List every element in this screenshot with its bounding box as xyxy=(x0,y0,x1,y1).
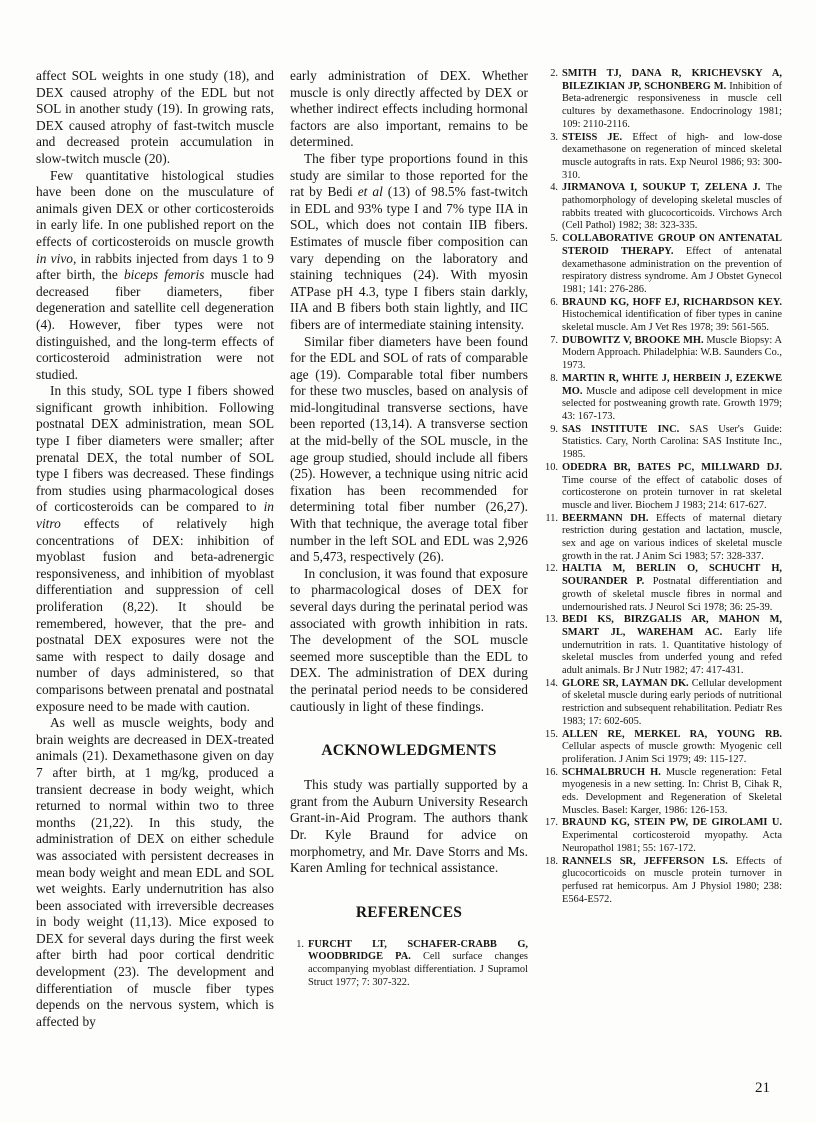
reference-text: Experimental corticosteroid myopathy. Ac… xyxy=(562,830,782,854)
reference-item: 2.SMITH TJ, DANA R, KRICHEVSKY A, BILEZI… xyxy=(544,68,782,132)
reference-number: 17. xyxy=(544,817,558,830)
reference-number: 8. xyxy=(544,373,558,386)
reference-number: 1. xyxy=(290,939,304,952)
paragraph: As well as muscle weights, body and brai… xyxy=(36,715,274,1030)
reference-item: 5.COLLABORATIVE GROUP ON ANTENATAL STERO… xyxy=(544,233,782,297)
text-run: Similar fiber diameters have been found … xyxy=(290,334,528,565)
italic-text-run: et al xyxy=(358,184,383,199)
reference-item: 11.BEERMANN DH. Effects of maternal diet… xyxy=(544,513,782,564)
body-text-left: affect SOL weights in one study (18), an… xyxy=(36,68,274,1030)
reference-number: 5. xyxy=(544,233,558,246)
reference-item: 8.MARTIN R, WHITE J, HERBEIN J, EZEKWE M… xyxy=(544,373,782,424)
reference-authors: RANNELS SR, JEFFERSON LS. xyxy=(562,856,736,867)
reference-number: 7. xyxy=(544,335,558,348)
reference-authors: ALLEN RE, MERKEL RA, YOUNG RB. xyxy=(562,729,782,740)
text-run: As well as muscle weights, body and brai… xyxy=(36,715,274,1029)
reference-item: 3.STEISS JE. Effect of high- and low-dos… xyxy=(544,132,782,183)
reference-item: 14.GLORE SR, LAYMAN DK. Cellular develop… xyxy=(544,678,782,729)
reference-number: 18. xyxy=(544,856,558,869)
text-run: muscle had decreased fiber diameters, fi… xyxy=(36,267,274,382)
reference-number: 16. xyxy=(544,767,558,780)
reference-item: 10.ODEDRA BR, BATES PC, MILLWARD DJ. Tim… xyxy=(544,462,782,513)
reference-item: 17.BRAUND KG, STEIN PW, DE GIROLAMI U. E… xyxy=(544,817,782,855)
reference-authors: BRAUND KG, STEIN PW, DE GIROLAMI U. xyxy=(562,817,782,828)
text-run: In conclusion, it was found that exposur… xyxy=(290,566,528,714)
reference-item: 7.DUBOWITZ V, BROOKE MH. Muscle Biopsy: … xyxy=(544,335,782,373)
reference-item: 12.HALTIA M, BERLIN O, SCHUCHT H, SOURAN… xyxy=(544,563,782,614)
text-run: affect SOL weights in one study (18), an… xyxy=(36,68,274,166)
italic-text-run: in vivo xyxy=(36,251,73,266)
italic-text-run: biceps femoris xyxy=(124,267,205,282)
reference-item: 1.FURCHT LT, SCHAFER-CRABB G, WOODBRIDGE… xyxy=(290,939,528,990)
reference-text: Time course of the effect of catabolic d… xyxy=(562,475,782,511)
reference-authors: STEISS JE. xyxy=(562,132,632,143)
reference-number: 9. xyxy=(544,424,558,437)
reference-number: 2. xyxy=(544,68,558,81)
reference-authors: SCHMALBRUCH H. xyxy=(562,767,666,778)
references-list-continued: 2.SMITH TJ, DANA R, KRICHEVSKY A, BILEZI… xyxy=(544,68,782,906)
reference-number: 14. xyxy=(544,678,558,691)
text-run: effects of relatively high concentration… xyxy=(36,516,274,714)
column-middle: early administration of DEX. Whether mus… xyxy=(290,68,528,1123)
reference-number: 6. xyxy=(544,297,558,310)
paragraph: In this study, SOL type I fibers showed … xyxy=(36,383,274,715)
text-run: early administration of DEX. Whether mus… xyxy=(290,68,528,149)
reference-item: 18.RANNELS SR, JEFFERSON LS. Effects of … xyxy=(544,856,782,907)
text-run: (13) of 98.5% fast-twitch in EDL and 93%… xyxy=(290,184,528,332)
paragraph: This study was partially supported by a … xyxy=(290,777,528,877)
page-number: 21 xyxy=(755,1080,770,1097)
reference-number: 10. xyxy=(544,462,558,475)
reference-text: Muscle and adipose cell development in m… xyxy=(562,386,782,422)
reference-text: Cellular aspects of muscle growth: Myoge… xyxy=(562,741,782,765)
references-list-start: 1.FURCHT LT, SCHAFER-CRABB G, WOODBRIDGE… xyxy=(290,939,528,990)
reference-authors: BEERMANN DH. xyxy=(562,513,656,524)
text-run: In this study, SOL type I fibers showed … xyxy=(36,383,274,514)
paragraph: early administration of DEX. Whether mus… xyxy=(290,68,528,151)
reference-item: 15.ALLEN RE, MERKEL RA, YOUNG RB. Cellul… xyxy=(544,729,782,767)
column-left: affect SOL weights in one study (18), an… xyxy=(36,68,274,1123)
reference-authors: ODEDRA BR, BATES PC, MILLWARD DJ. xyxy=(562,462,782,473)
reference-number: 12. xyxy=(544,563,558,576)
paragraph: affect SOL weights in one study (18), an… xyxy=(36,68,274,168)
journal-page: affect SOL weights in one study (18), an… xyxy=(0,0,816,1123)
reference-item: 13.BEDI KS, BIRZGALIS AR, MAHON M, SMART… xyxy=(544,614,782,678)
text-run: Few quantitative histological studies ha… xyxy=(36,168,274,249)
body-text-middle: early administration of DEX. Whether mus… xyxy=(290,68,528,715)
reference-item: 16.SCHMALBRUCH H. Muscle regeneration: F… xyxy=(544,767,782,818)
paragraph: In conclusion, it was found that exposur… xyxy=(290,566,528,715)
reference-item: 4.JIRMANOVA I, SOUKUP T, ZELENA J. The p… xyxy=(544,182,782,233)
reference-number: 11. xyxy=(544,513,558,526)
acknowledgments-heading: ACKNOWLEDGMENTS xyxy=(290,742,528,760)
reference-number: 3. xyxy=(544,132,558,145)
reference-authors: JIRMANOVA I, SOUKUP T, ZELENA J. xyxy=(562,182,766,193)
reference-authors: SAS INSTITUTE INC. xyxy=(562,424,689,435)
reference-item: 6.BRAUND KG, HOFF EJ, RICHARDSON KEY. Hi… xyxy=(544,297,782,335)
paragraph: Few quantitative histological studies ha… xyxy=(36,168,274,384)
acknowledgments-text: This study was partially supported by a … xyxy=(290,777,528,877)
text-run: This study was partially supported by a … xyxy=(290,777,528,875)
reference-number: 15. xyxy=(544,729,558,742)
reference-item: 9.SAS INSTITUTE INC. SAS User's Guide: S… xyxy=(544,424,782,462)
reference-authors: GLORE SR, LAYMAN DK. xyxy=(562,678,692,689)
reference-authors: DUBOWITZ V, BROOKE MH. xyxy=(562,335,706,346)
reference-number: 13. xyxy=(544,614,558,627)
column-right: 2.SMITH TJ, DANA R, KRICHEVSKY A, BILEZI… xyxy=(544,68,782,1123)
reference-number: 4. xyxy=(544,182,558,195)
reference-authors: BRAUND KG, HOFF EJ, RICHARDSON KEY. xyxy=(562,297,782,308)
paragraph: Similar fiber diameters have been found … xyxy=(290,334,528,566)
references-heading: REFERENCES xyxy=(290,904,528,922)
reference-text: Histochemical identification of fiber ty… xyxy=(562,309,782,333)
paragraph: The fiber type proportions found in this… xyxy=(290,151,528,334)
